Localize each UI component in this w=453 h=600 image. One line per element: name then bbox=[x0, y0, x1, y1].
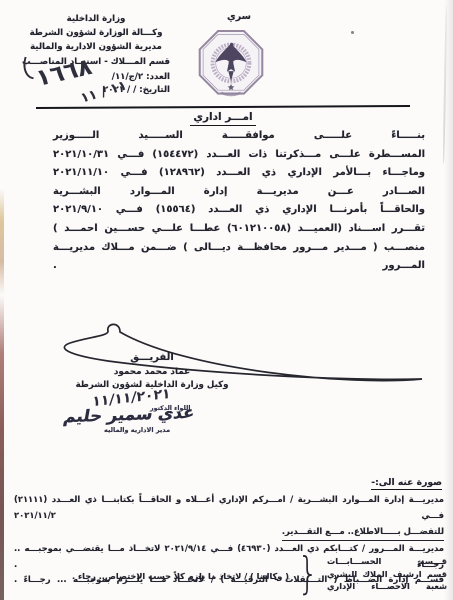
signer-block: الفريـــق عماد محمد محمود وكيل وزارة الد… bbox=[60, 352, 244, 390]
cc-heading: صورة عنه الى:- bbox=[371, 477, 442, 490]
signer-rank: الفريـــق bbox=[60, 352, 244, 363]
scan-edge-artifact-left bbox=[0, 188, 4, 600]
letterhead-line: وكـــالة الوزارة لشؤون الشرطة bbox=[20, 26, 172, 40]
header-divider-line bbox=[36, 105, 410, 109]
scanned-document-page: سري وزارة الداخلية وكـــالة الوزارة لشؤو… bbox=[0, 0, 453, 600]
handwritten-signature-name: عدي سمير حليم bbox=[62, 403, 196, 427]
cc-departments: قـــسم الحســـابـــات قسم ارشيف الملاك ا… bbox=[327, 555, 447, 593]
order-title: امـــر اداري bbox=[166, 111, 280, 126]
classification-label: سري bbox=[203, 11, 275, 22]
order-body-line: والحاقـــاً بأمرنـــا الإداري ذي العـــد… bbox=[53, 201, 425, 220]
cc-department: قـــسم الحســـابـــات bbox=[327, 555, 447, 568]
stamp-title: مدير الاداريه والماليه bbox=[104, 426, 170, 434]
cc-department: قسم ارشيف الملاك البشري bbox=[327, 568, 447, 581]
cc-bracket-group: قـــسم الحســـابـــات قسم ارشيف الملاك ا… bbox=[72, 554, 447, 594]
cc-bracket-note: ( وكالتنا ) / لاتخاذ ما يلزم كلاً حسب ال… bbox=[72, 567, 289, 581]
cc-line: مديريـــة إدارة المـــوارد البشـــرية / … bbox=[14, 492, 444, 524]
cc-department: شعبة الاحصـــاء الإداري bbox=[327, 580, 447, 593]
order-body-line: وماجـــاء بـــالأمر الإداري ذي العـــدد … bbox=[53, 164, 425, 183]
order-body-line: المســـطرة علـــى مـــذكرتنا ذات العـــد… bbox=[53, 146, 425, 165]
signer-name: عماد محمد محمود bbox=[60, 367, 244, 377]
letterhead-line: مديرية الشؤون الادارية والمالية bbox=[20, 40, 172, 54]
scan-shadow-right bbox=[444, 0, 453, 600]
order-body-line: منصـــب ( مـــدير مـــرور محافظـــة ديــ… bbox=[53, 239, 425, 276]
letterhead-line: وزارة الداخلية bbox=[20, 12, 172, 26]
order-body-line: الصـــادر عـــن مديريـــة إدارة المـــوا… bbox=[53, 183, 425, 202]
order-body-line: بنـــــاءً علـــــى موافقـــــة الســـــ… bbox=[53, 127, 425, 146]
scan-dot-artifact bbox=[351, 31, 354, 34]
order-body-line: تقـــرر اســـناد (العميـــد (٦٠١٢١٠٠٥٨) … bbox=[53, 220, 425, 239]
curly-brace-icon: { bbox=[298, 554, 319, 594]
ministry-of-interior-emblem-icon bbox=[197, 26, 265, 104]
cc-line-underlined: للتفضـــل بـــــالاطلاع.. مـــع التقـــد… bbox=[14, 524, 444, 541]
order-body: بنـــــاءً علـــــى موافقـــــة الســـــ… bbox=[53, 127, 425, 276]
